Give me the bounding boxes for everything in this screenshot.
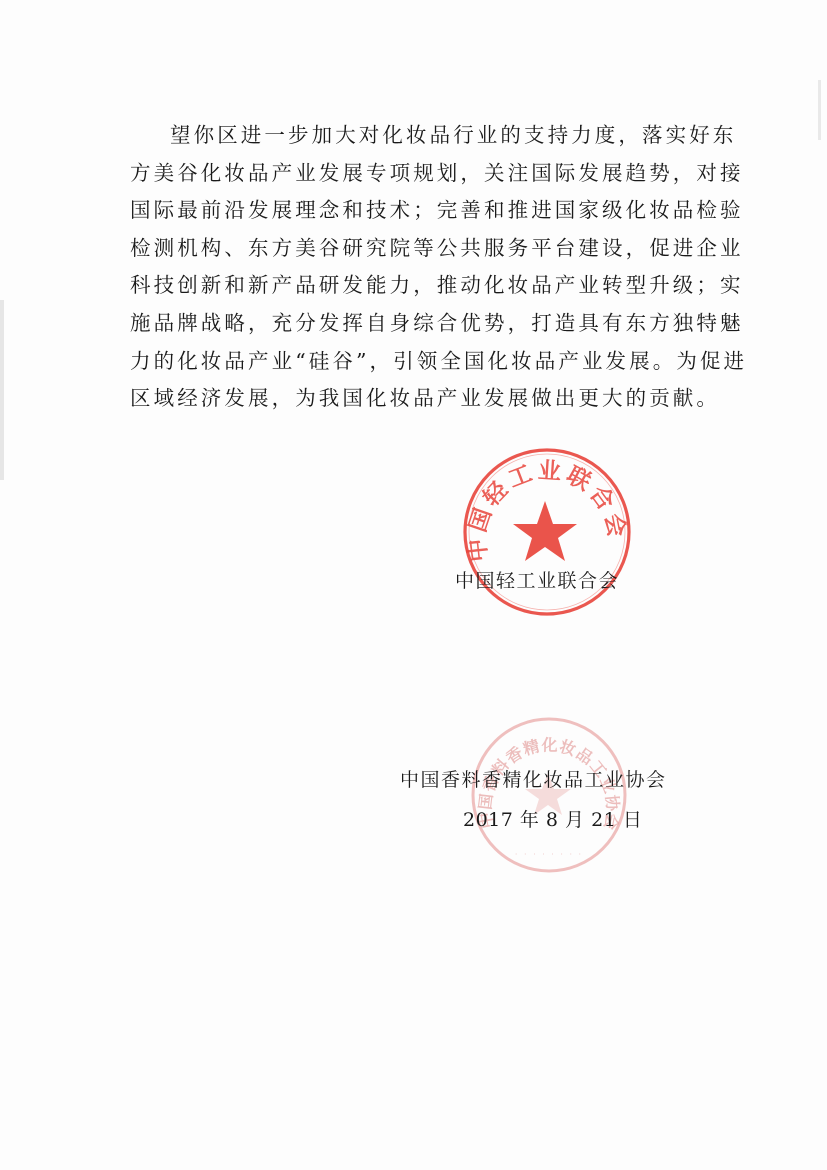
seal-icon: 中国香料香精化妆品工业协会 · · · · · · · · [469, 715, 629, 875]
paragraph-line: 区域经济发展，为我国化妆品产业发展做出更大的贡献。 [130, 380, 752, 418]
document-page: 望你区进一步加大对化妆品行业的支持力度，落实好东 方美谷化妆品产业发展专项规划，… [0, 0, 827, 1170]
paragraph-line: 力的化妆品产业“硅谷”，引领全国化妆品产业发展。为促进 [130, 343, 752, 381]
paragraph-line: 方美谷化妆品产业发展专项规划，关注国际发展趋势，对接 [130, 155, 752, 193]
body-paragraph: 望你区进一步加大对化妆品行业的支持力度，落实好东 方美谷化妆品产业发展专项规划，… [130, 117, 752, 418]
paragraph-line: 检测机构、东方美谷研究院等公共服务平台建设，促进企业 [130, 230, 752, 268]
paragraph-line: 科技创新和新产品研发能力，推动化妆品产业转型升级；实 [130, 267, 752, 305]
signature-date: 2017 年 8 月 21 日 [463, 805, 642, 832]
paragraph-line: 望你区进一步加大对化妆品行业的支持力度，落实好东 [130, 117, 752, 155]
paragraph-line: 施品牌战略，充分发挥自身综合优势，打造具有东方独特魅 [130, 305, 752, 343]
paragraph-line: 国际最前沿发展理念和技术；完善和推进国家级化妆品检验 [130, 192, 752, 230]
scan-speck [818, 80, 821, 140]
signature-org-fragrance-association: 中国香料香精化妆品工业协会 [400, 765, 667, 792]
signature-org-light-industry: 中国轻工业联合会 [455, 566, 619, 593]
scan-speck [0, 300, 4, 480]
official-seal-fragrance-association: 中国香料香精化妆品工业协会 · · · · · · · · [469, 715, 629, 875]
svg-text:· · · · · · · ·: · · · · · · · · [515, 850, 583, 859]
